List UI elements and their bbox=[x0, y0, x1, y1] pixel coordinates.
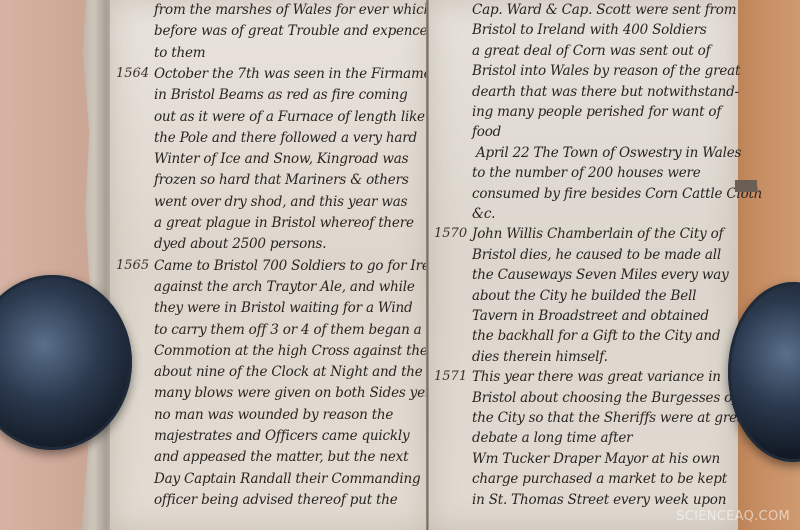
manuscript-line: from the marshes of Wales for ever which bbox=[154, 2, 432, 18]
manuscript-line: dyed about 2500 persons. bbox=[154, 236, 326, 252]
manuscript-line: to the number of 200 houses were bbox=[472, 165, 701, 181]
year-marker: 1571 bbox=[434, 369, 467, 384]
manuscript-line: This year there was great variance in bbox=[472, 369, 721, 385]
manuscript-line: Cap. Ward & Cap. Scott were sent from bbox=[472, 2, 736, 18]
manuscript-line: frozen so hard that Mariners & others bbox=[154, 172, 409, 188]
manuscript-line: April 22 The Town of Oswestry in Wales bbox=[476, 145, 741, 161]
manuscript-line: Came to Bristol 700 Soldiers to go for I… bbox=[154, 258, 459, 274]
manuscript-line: to them bbox=[154, 45, 205, 61]
manuscript-page-left: from the marshes of Wales for ever which… bbox=[110, 0, 428, 530]
manuscript-line: Bristol to Ireland with 400 Soldiers bbox=[472, 22, 707, 38]
year-marker: 1564 bbox=[116, 66, 149, 81]
manuscript-line: and appeased the matter, but the next bbox=[154, 449, 408, 465]
manuscript-line: against the arch Traytor Ale, and while bbox=[154, 279, 415, 295]
manuscript-line: majestrates and Officers came quickly bbox=[154, 428, 409, 444]
manuscript-line: Winter of Ice and Snow, Kingroad was bbox=[154, 151, 408, 167]
manuscript-line: no man was wounded by reason the bbox=[154, 407, 393, 423]
manuscript-line: Wm Tucker Draper Mayor at his own bbox=[472, 451, 720, 467]
book-gutter bbox=[426, 0, 429, 530]
manuscript-line: dearth that was there but notwithstand- bbox=[472, 84, 739, 100]
manuscript-line: Bristol into Wales by reason of the grea… bbox=[472, 63, 740, 79]
manuscript-line: October the 7th was seen in the Firmamen… bbox=[154, 66, 445, 82]
manuscript-line: the backhall for a Gift to the City and bbox=[472, 328, 720, 344]
manuscript-line: charge purchased a market to be kept bbox=[472, 471, 727, 487]
manuscript-line: about nine of the Clock at Night and the bbox=[154, 364, 423, 380]
manuscript-line: Bristol about choosing the Burgesses of bbox=[472, 390, 737, 406]
manuscript-line: in Bristol Beams as red as fire coming bbox=[154, 87, 408, 103]
manuscript-line: many blows were given on both Sides yet bbox=[154, 385, 430, 401]
manuscript-line: a great deal of Corn was sent out of bbox=[472, 43, 710, 59]
manuscript-line: &c. bbox=[472, 206, 495, 222]
manuscript-line: in St. Thomas Street every week upon bbox=[472, 492, 726, 508]
manuscript-line: John Willis Chamberlain of the City of bbox=[472, 226, 723, 242]
manuscript-line: before was of great Trouble and expence bbox=[154, 23, 427, 39]
manuscript-line: ing many people perished for want of bbox=[472, 104, 721, 120]
manuscript-line: consumed by fire besides Corn Cattle Clo… bbox=[472, 186, 762, 202]
manuscript-line: to carry them off 3 or 4 of them began a bbox=[154, 322, 422, 338]
manuscript-line: Day Captain Randall their Commanding bbox=[154, 471, 421, 487]
paper-tab-marker bbox=[735, 180, 757, 192]
manuscript-line: the City so that the Sheriffs were at gr… bbox=[472, 410, 750, 426]
manuscript-line: the Pole and there followed a very hard bbox=[154, 130, 417, 146]
manuscript-line: dies therein himself. bbox=[472, 349, 608, 365]
manuscript-line: officer being advised thereof put the bbox=[154, 492, 398, 508]
manuscript-line: out as it were of a Furnace of length li… bbox=[154, 109, 425, 125]
year-marker: 1570 bbox=[434, 226, 467, 241]
manuscript-line: about the City he builded the Bell bbox=[472, 288, 696, 304]
manuscript-line: debate a long time after bbox=[472, 430, 632, 446]
manuscript-line: they were in Bristol waiting for a Wind bbox=[154, 300, 412, 316]
manuscript-page-right: Cap. Ward & Cap. Scott were sent fromBri… bbox=[428, 0, 738, 530]
manuscript-line: Bristol dies, he caused to be made all bbox=[472, 247, 721, 263]
manuscript-line: the Causeways Seven Miles every way bbox=[472, 267, 729, 283]
manuscript-line: Tavern in Broadstreet and obtained bbox=[472, 308, 709, 324]
year-marker: 1565 bbox=[116, 258, 149, 273]
watermark: SCIENCEAQ.COM bbox=[676, 509, 790, 524]
manuscript-line: food bbox=[472, 124, 501, 140]
manuscript-line: a great plague in Bristol whereof there bbox=[154, 215, 414, 231]
manuscript-line: went over dry shod, and this year was bbox=[154, 194, 407, 210]
